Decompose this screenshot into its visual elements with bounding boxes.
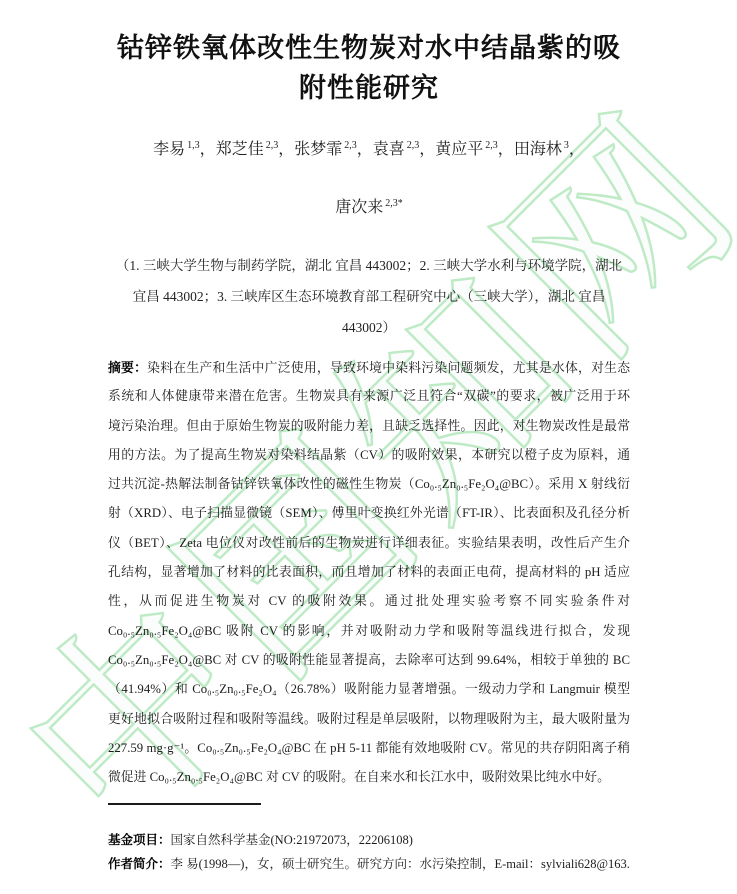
authors-line-1: 李易1,3，郑芝佳2,3，张梦霏2,3，袁喜2,3，黄应平2,3，田海林3， — [108, 139, 630, 161]
abstract-line: 仪（BET）、Zeta 电位仪对改性前后的生物炭进行详细表征。实验结果表明，改性… — [108, 529, 630, 558]
abstract-line: 性，从而促进生物炭对 CV 的吸附效果。通过批处理实验考察不同实验条件对 — [108, 587, 630, 616]
author-superscript: 1,3 — [187, 140, 200, 151]
abstract-label: 摘要： — [108, 360, 147, 375]
affiliation-line: 宜昌 443002；3. 三峡库区生态环境教育部工程研究中心（三峡大学），湖北 … — [108, 281, 630, 312]
affiliation-line: 443002） — [108, 312, 630, 343]
abstract-line: Co₀.₅Zn₀.₅Fe₂O₄@BC 吸附 CV 的影响，并对吸附动力学和吸附等… — [108, 617, 630, 646]
abstract-line: 孔结构，显著增加了材料的比表面积，而且增加了材料的表面正电荷，提高材料的 pH … — [108, 558, 630, 587]
abstract-line: （41.94%）和 Co₀.₅Zn₀.₅Fe₂O₄（26.78%）吸附能力显著增… — [108, 675, 630, 704]
paper-title-line-1: 钴锌铁氧体改性生物炭对水中结晶紫的吸 — [108, 28, 630, 68]
author-name: 唐次来 — [335, 199, 383, 216]
abstract-line: 过共沉淀-热解法制备钴锌铁氧体改性的磁性生物炭（Co₀.₅Zn₀.₅Fe₂O₄@… — [108, 470, 630, 499]
author-separator: ， — [498, 141, 514, 158]
abstract-line: 用的方法。为了提高生物炭对染料结晶紫（CV）的吸附效果，本研究以橙子皮为原料，通 — [108, 441, 630, 470]
author-name: 郑芝佳 — [216, 141, 264, 158]
author-separator: ， — [278, 141, 294, 158]
abstract-block: 摘要：染料在生产和生活中广泛使用，导致环境中染料污染问题频发，尤其是水体，对生态… — [108, 353, 630, 792]
affiliation-block: （1. 三峡大学生物与制药学院，湖北 宜昌 443002；2. 三峡大学水利与环… — [108, 250, 630, 343]
author-separator: ， — [419, 141, 435, 158]
footnote-label: 基金项目： — [108, 833, 171, 847]
author-name: 田海林 — [514, 141, 562, 158]
authors-line-2: 唐次来2,3* — [108, 197, 630, 219]
author-superscript: 2,3* — [385, 198, 403, 209]
abstract-line: 境污染治理。但由于原始生物炭的吸附能力差，且缺乏选择性。因此，对生物炭改性是最常 — [108, 412, 630, 441]
affiliation-line: （1. 三峡大学生物与制药学院，湖北 宜昌 443002；2. 三峡大学水利与环… — [108, 250, 630, 281]
author-name: 李易 — [153, 141, 185, 158]
footnotes-block: 基金项目：国家自然科学基金(NO:21972073，22206108)作者简介：… — [108, 828, 630, 876]
abstract-line: 227.59 mg·g⁻¹。Co₀.₅Zn₀.₅Fe₂O₄@BC 在 pH 5-… — [108, 734, 630, 763]
author-superscript: 2,3 — [344, 140, 357, 151]
abstract-line: 射（XRD）、电子扫描显微镜（SEM）、傅里叶变换红外光谱（FT-IR）、比表面… — [108, 499, 630, 528]
author-name: 袁喜 — [373, 141, 405, 158]
paper-title: 钴锌铁氧体改性生物炭对水中结晶紫的吸 附性能研究 — [108, 28, 630, 108]
footnote-line: 基金项目：国家自然科学基金(NO:21972073，22206108) — [108, 828, 630, 852]
abstract-line: 系统和人体健康带来潜在危害。生物炭具有来源广泛且符合“双碳”的要求，被广泛用于环 — [108, 382, 630, 411]
abstract-line: Co₀.₅Zn₀.₅Fe₂O₄@BC 对 CV 的吸附性能显著提高，去除率可达到… — [108, 646, 630, 675]
footnote-line: 作者简介：李 易(1998—)，女，硕士研究生。研究方向：水污染控制，E-mai… — [108, 852, 630, 876]
author-superscript: 2,3 — [485, 140, 498, 151]
author-superscript: 2,3 — [407, 140, 420, 151]
abstract-line: 微促进 Co₀.₅Zn₀.₅Fe₂O₄@BC 对 CV 的吸附。在自来水和长江水… — [108, 763, 630, 792]
author-separator: ， — [569, 141, 585, 158]
footnote-text: 李 易(1998—)，女，硕士研究生。研究方向：水污染控制，E-mail：syl… — [171, 857, 630, 871]
footnote-label: 作者简介： — [108, 857, 171, 871]
author-name: 黄应平 — [435, 141, 483, 158]
author-separator: ， — [357, 141, 373, 158]
author-superscript: 2,3 — [266, 140, 279, 151]
footnote-divider — [108, 803, 261, 805]
author-separator: ， — [200, 141, 216, 158]
abstract-line: 更好地拟合吸附过程和吸附等温线。吸附过程是单层吸附，以物理吸附为主，最大吸附量为 — [108, 705, 630, 734]
abstract-line: 摘要：染料在生产和生活中广泛使用，导致环境中染料污染问题频发，尤其是水体，对生态 — [108, 353, 630, 382]
paper-title-line-2: 附性能研究 — [108, 68, 630, 108]
author-name: 张梦霏 — [294, 141, 342, 158]
paper-page: 中国知网 钴锌铁氧体改性生物炭对水中结晶紫的吸 附性能研究 李易1,3，郑芝佳2… — [0, 0, 737, 894]
footnote-text: 国家自然科学基金(NO:21972073，22206108) — [171, 833, 413, 847]
